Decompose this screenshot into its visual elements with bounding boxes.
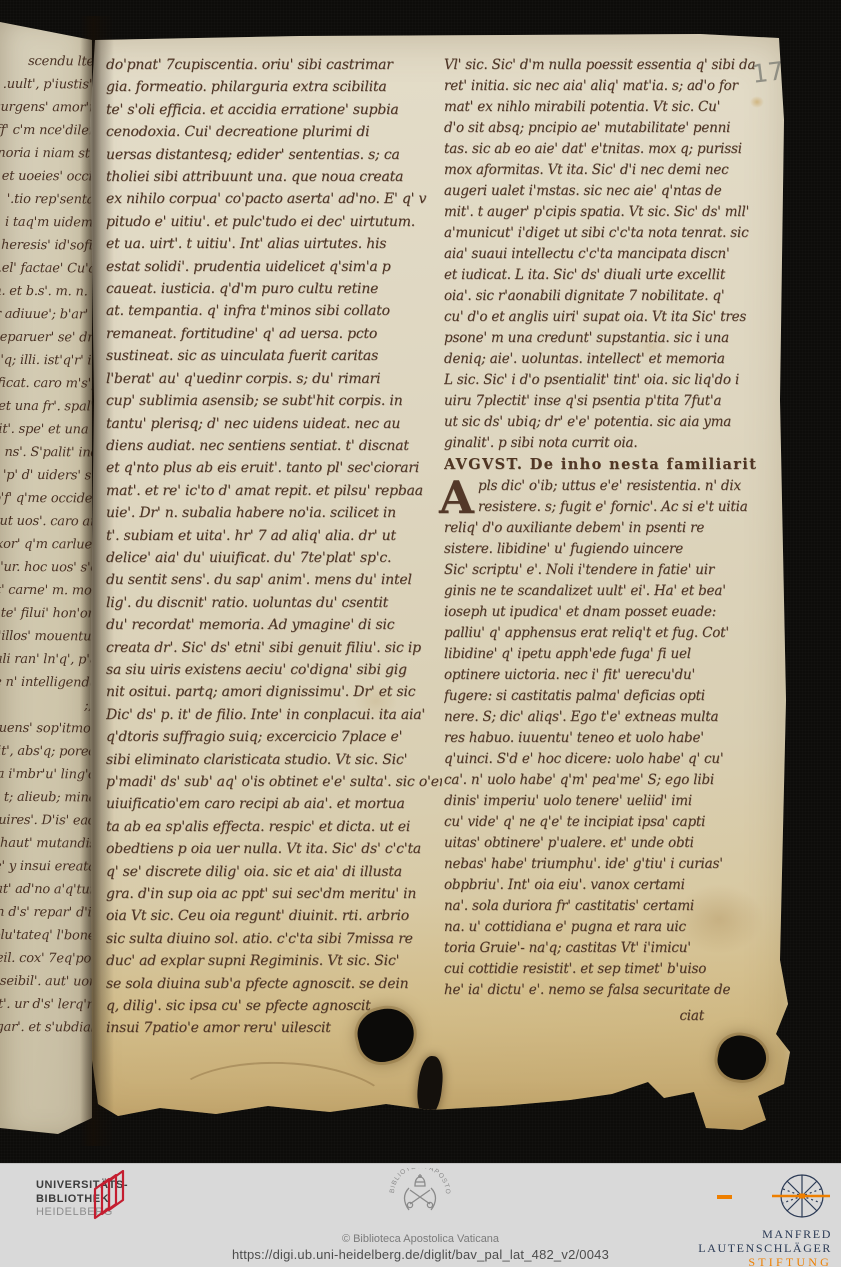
orange-dash-icon xyxy=(717,1195,732,1199)
manuscript-text-line: sa siu uiris existens aeciu' co'digna' s… xyxy=(106,659,442,681)
margin-fragment-line: q't heresis' id'sofie' xyxy=(0,234,100,258)
catchword: ciat xyxy=(444,1006,796,1027)
manuscript-text-line: uiuificatio'em caro recipi ab aia'. et m… xyxy=(106,793,442,815)
ml-stiftung-text: MANFRED LAUTENSCHLÄGER STIFTUNG xyxy=(672,1227,832,1267)
manuscript-page: do'pnat' 7cupiscentia. oriu' sibi castri… xyxy=(74,34,792,1132)
manuscript-text-line: ioseph ut ipudica' et dnam posset euade: xyxy=(444,602,796,623)
manuscript-text-line: aia' suaui intellectu c'c'ta mancipata d… xyxy=(444,244,796,265)
folio-number: 17 xyxy=(750,56,785,89)
manuscript-text-line: gra. d'in sup oia ac ppt' sui sec'dm mer… xyxy=(106,883,442,905)
margin-fragment-line: ut uos'. caro an' xyxy=(0,510,98,534)
manuscript-text-line: uie'. Dr' n. subalia habere no'ia. scili… xyxy=(106,502,442,524)
manuscript-text-line: pitudo e' uitiu'. et pulc'tudo ei dec' u… xyxy=(106,211,442,233)
manuscript-text-line: a'municut' i'diget ut sibi c'c'ta nota t… xyxy=(444,223,796,244)
manuscript-text-line: tholiei sibi attribuunt una. que noua cr… xyxy=(106,166,442,188)
manuscript-text-line: mat'. et re' ic'to d' amat repit. et pil… xyxy=(106,480,442,502)
manuscript-text-line: L sic. Sic' i d'o psentialit' tint' oia.… xyxy=(444,370,796,391)
manuscript-text-line: duc' ad explar supni Regiminis. Vt sic. … xyxy=(106,950,442,972)
margin-fragment-line: q; illi. ist'q'r' ill' xyxy=(0,349,99,373)
manuscript-text-line: p'madi' ds' sub' aq' o'is obtinet e'e' s… xyxy=(106,771,442,793)
manuscript-text-line: uersas distantesq; edider' sententias. s… xyxy=(106,144,442,166)
manuscript-text-line: estat solidi'. prudentia uidelicet q'sim… xyxy=(106,256,442,278)
manuscript-text-line: augeri ualet i'mstas. sic nec aie' q'nta… xyxy=(444,181,796,202)
manuscript-text-line: mox aformitas. Vt ita. Sic' d'i nec demi… xyxy=(444,160,796,181)
margin-fragment-line: scendu lte'i xyxy=(0,50,101,74)
manuscript-text-line: psone' m una credunt' supstantia. sic i … xyxy=(444,328,796,349)
manuscript-text-line: mit'. t auger' p'cipis spatia. Vt sic. S… xyxy=(444,202,796,223)
manuscript-text-line: diens audiat. nec sentiens sentiat. t' d… xyxy=(106,435,442,457)
margin-fragment-line: ;;; xyxy=(0,694,97,718)
manuscript-text-line: fugere: si castitatis palma' deficias op… xyxy=(444,686,796,707)
margin-fragment-line: q'n d's' repar' d'il' xyxy=(0,901,96,925)
previous-page-text-fragments: scendu lte'iuult', p'iustis' t.esurgens'… xyxy=(0,50,101,1040)
manuscript-text-line: obedtiens p oia uer nulla. Vt ita. Sic' … xyxy=(106,838,442,860)
margin-fragment-line: r adiuue'; b'ar' e' xyxy=(0,303,100,327)
manuscript-text-line: uitas' obtinere' p'ualere. et' unde obti xyxy=(444,833,796,854)
digitized-manuscript-viewer: scendu lte'iuult', p'iustis' t.esurgens'… xyxy=(0,0,841,1267)
manuscript-text-line: ginalit'. p sibi nota currit oia. xyxy=(444,433,796,454)
manuscript-text-line: tas. sic ab eo aie' dat' e'tnitas. mox q… xyxy=(444,139,796,160)
manuscript-text-line: remaneat. fortitudine' q' ad uersa. pcto xyxy=(106,323,442,345)
manuscript-text-line: et ua. uirt'. t uitiu'. Int' alias uirtu… xyxy=(106,233,442,255)
manuscript-text-line: q'uinci. S'd e' hoc dicere: uolo habe' q… xyxy=(444,749,796,770)
text-column-right-lower: pls dic' o'ib; uttus e'e' resistentia. n… xyxy=(444,476,796,1001)
margin-fragment-line: ur. hoc uos' s'e' xyxy=(0,556,98,580)
margin-fragment-line: p' d' uiders' s'l' xyxy=(0,464,99,488)
text-column-right-upper: Vl' sic. Sic' d'm nulla poessit essentia… xyxy=(444,55,796,454)
margin-fragment-line: e n' intelligenda' xyxy=(0,671,97,695)
manuscript-text-line: te' s'oli efficia. et accidia erratione'… xyxy=(106,99,442,121)
margin-fragment-line: i d'illos' mouentur' xyxy=(0,625,97,649)
manuscript-text-line: cenodoxia. Cui' decreatione plurimi di xyxy=(106,121,442,143)
margin-fragment-line: e:. seil. cox' 7eq'pol' xyxy=(0,947,95,971)
margin-fragment-line: pli ff' c'm nce'dilem' xyxy=(0,119,101,143)
margin-fragment-line: itat' ad'no a'q'tur' xyxy=(0,878,96,902)
manuscript-text-line: du sentit sens'. du sap' anim'. mens du'… xyxy=(106,569,442,591)
viewer-footer: UNIVERSITÄTS- BIBLIOTHEK HEIDELBERG BIBL… xyxy=(0,1163,841,1267)
manuscript-text-line: tantu' plerisq; d' nec uidens uideat. ne… xyxy=(106,413,442,435)
manuscript-text-line: libidine' q' ipetu apph'ede fuga' fi uel xyxy=(444,644,796,665)
margin-fragment-line: ma i'mbr'u' ling'd' xyxy=(0,763,96,787)
manuscript-text-line: pls dic' o'ib; uttus e'e' resistentia. n… xyxy=(444,476,796,497)
manuscript-text-line: cu' vide' q' ne q'e' te incipiat ipsa' c… xyxy=(444,812,796,833)
manuscript-text-line: do'pnat' 7cupiscentia. oriu' sibi castri… xyxy=(106,54,442,76)
manuscript-text-line: du' recordat' memoria. Ad ymagine' di si… xyxy=(106,614,442,636)
manuscript-text-line: ret' initia. sic nec aia' aliq' mat'ia. … xyxy=(444,76,796,97)
vatican-emblem-icon: BIBLIOTECA APOSTOLICA VATICANA xyxy=(388,1168,452,1230)
margin-fragment-line: uolu'tateq' l'bone' xyxy=(0,924,95,948)
manuscript-text-line: uiru 7plectit' inse q'si psentia p'tita … xyxy=(444,391,796,412)
globe-icon xyxy=(742,1172,830,1224)
manuscript-text-line: et q'nto plus ab eis eruit'. tanto pl' s… xyxy=(106,457,442,479)
margin-fragment-line: i q'. et uoeies' occid' xyxy=(0,165,101,189)
open-book-icon xyxy=(90,1170,136,1224)
margin-fragment-line: abit', abs'q; pored' xyxy=(0,740,97,764)
margin-fragment-line: o. haut' mutandis' xyxy=(0,832,96,856)
manuscript-text-line: delice' aia' du' uiuificat. du' 7te'plat… xyxy=(106,547,442,569)
manuscript-text-line: oia'. sic r'aonabili dignitate 7 nobilit… xyxy=(444,286,796,307)
manuscript-text-line: sibi eliminato claristicata studio. Vt s… xyxy=(106,749,442,771)
manuscript-text-line: ex nihilo corpua' co'pacto aserta' ad'no… xyxy=(106,188,442,210)
manuscript-text-line: Dic' ds' p. it' de filio. Inte' in conpl… xyxy=(106,704,442,726)
manuscript-text-line: deniq; aie'. uoluntas. intellect' et mem… xyxy=(444,349,796,370)
manuscript-text-line: dinis' imperiu' uolo tenere' ueliid' imi xyxy=(444,791,796,812)
margin-fragment-line: uult', p'iustis' t. xyxy=(0,73,101,97)
margin-fragment-line: ali ran' ln'q', p'a' xyxy=(0,648,97,672)
ml-logo-line3: STIFTUNG xyxy=(672,1255,832,1267)
manuscript-text-line: creata dr'. Sic' ds' etni' sibi genuit f… xyxy=(106,637,442,659)
margin-fragment-line: el' factae' Cu'al. xyxy=(0,257,100,281)
manuscript-text-line: cup' sublimia asensib; se subt'hit corpi… xyxy=(106,390,442,412)
manuscript-text-line: q'dtoris suffragio suiq; excercicio 7pla… xyxy=(106,726,442,748)
manuscript-text-line: t'. subiam et uita'. hr' 7 ad aliq' alia… xyxy=(106,525,442,547)
manuscript-text-line: cu' d'o et anglis uiri' supat oia. Vt it… xyxy=(444,307,796,328)
manuscript-text-line: ca'. n' uolo habe' q'm' pea'me' S; ego l… xyxy=(444,770,796,791)
manuscript-text-line: reliq' d'o auxiliante debem' in psenti r… xyxy=(444,518,796,539)
manuscript-text-line: res habuo. iuuentu' teneo et uolo habe' xyxy=(444,728,796,749)
margin-fragment-line: gar'. et s'ubdial' xyxy=(0,1015,95,1039)
manuscript-text-line: d'o sit absq; pncipio ae' mutabilitate' … xyxy=(444,118,796,139)
manuscript-text-line: optinere uictoria. nec i' fit' uerecu'du… xyxy=(444,665,796,686)
previous-page-edge: scendu lte'iuult', p'iustis' t.esurgens'… xyxy=(0,16,92,1142)
margin-fragment-line: palit'. spe' et una s' xyxy=(0,418,99,442)
manuscript-text-line: nit ositui. partq; amori dignissimu'. Dr… xyxy=(106,681,442,703)
manuscript-text-line: sustineat. sic as uinculata fuerit carit… xyxy=(106,345,442,367)
manuscript-text-line: resistere. s; fugit e' fornic'. Ac si e'… xyxy=(444,497,796,518)
manuscript-text-line: Sic' scriptu' e'. Noli i'tendere in fati… xyxy=(444,560,796,581)
margin-fragment-line: bit'. ur d's' lerq'n' xyxy=(0,993,95,1017)
manuscript-text-line: na. u' cottidiana e' pugna et rara uic xyxy=(444,917,796,938)
manuscript-text-line: gia. formeatio. philarguria extra scibil… xyxy=(106,76,442,98)
parchment-tear xyxy=(415,1055,445,1117)
drop-initial: A xyxy=(439,476,474,520)
text-column-left: do'pnat' 7cupiscentia. oriu' sibi castri… xyxy=(106,54,442,1040)
ml-logo-line1: MANFRED xyxy=(672,1227,832,1241)
manuscript-text-line: lig'. du discnit' ratio. uoluntas du' cs… xyxy=(106,592,442,614)
margin-fragment-line: t' ns'. S'palit' ind' xyxy=(0,441,99,465)
manuscript-text-line: se sola diuina sub'a pfecte agnoscit. se… xyxy=(106,973,442,995)
manuscript-text-line: mat' ex nihlo mirabili potentia. Vt sic.… xyxy=(444,97,796,118)
manuscript-text-line: ginis ne te scandalizet uult' ei'. Ha' e… xyxy=(444,581,796,602)
manuscript-text-line: l'berat' au' q'uedinr corpis. s; du' rim… xyxy=(106,368,442,390)
wormhole xyxy=(715,1032,770,1084)
parchment-crease xyxy=(167,1058,395,1158)
margin-fragment-line: ue' y insui ereata' xyxy=(0,855,96,879)
manuscript-text-line: cui cottidie resistit'. et sep timet' b'… xyxy=(444,959,796,980)
manuscript-text-line: et iudicat. L ita. Sic' ds' diuali urte … xyxy=(444,265,796,286)
text-column-right: Vl' sic. Sic' d'm nulla poessit essentia… xyxy=(444,55,796,1027)
manuscript-text-line: palliu' q' apphensus erat reliq't et fug… xyxy=(444,623,796,644)
margin-fragment-line: se' separuer' se' dm' xyxy=(0,326,100,350)
manuscript-text-line: ut sic ds' ubiq; dr' e'e' potentia. sic … xyxy=(444,412,796,433)
margin-fragment-line: tio rep'sentar.' xyxy=(0,188,100,212)
marginal-note: ait xyxy=(797,509,813,524)
manuscript-text-line: nebas' habe' triumphu'. ide' g'tiu' i cu… xyxy=(444,854,796,875)
manuscript-photo: scendu lte'iuult', p'iustis' t.esurgens'… xyxy=(0,0,841,1163)
ml-logo-line2: LAUTENSCHLÄGER xyxy=(672,1241,832,1255)
margin-fragment-line: s. t; alieub; mina' xyxy=(0,786,96,810)
margin-fragment-line: noria i niam st'a' xyxy=(0,142,101,166)
margin-fragment-line: cer' uires'. D'is' ead' xyxy=(0,809,96,833)
manuscript-text-line: ta ab ea sp'alis effecta. respic' et dic… xyxy=(106,816,442,838)
margin-fragment-line: uificat. caro m's'p' xyxy=(0,372,99,396)
manuscript-text-line: obpbriu'. Int' oia eiu'. vanox certami xyxy=(444,875,796,896)
margin-fragment-line: u' p'aseibil'. aut' uor' xyxy=(0,970,95,994)
margin-fragment-line: exor' q'm carluer' xyxy=(0,533,98,557)
manuscript-text-line: oia Vt sic. Ceu oia regunt' diuinit. rti… xyxy=(106,905,442,927)
manuscript-text-line: na'. sola duriora fr' castitatis' certam… xyxy=(444,896,796,917)
manuscript-text-line: he' ia' dictu' e'. nemo se falsa securit… xyxy=(444,980,796,1001)
manuscript-text-line: Vl' sic. Sic' d'm nulla poessit essentia… xyxy=(444,55,796,76)
manuscript-text-line: q' se' discrete dilig' oia. sic et aia' … xyxy=(106,861,442,883)
manuscript-text-line: toria Gruie'- na'q; castitas Vt' i'imicu… xyxy=(444,938,796,959)
margin-fragment-line: esurgens' amor'm xyxy=(0,96,101,120)
rubric-heading: AVGVST. De inho nesta familiarit xyxy=(444,454,796,476)
manuscript-text-line: sic sulta diuino sol. atio. c'c'ta sibi … xyxy=(106,928,442,950)
manuscript-text-line: caueat. iusticia. q'd'm puro cultu retin… xyxy=(106,278,442,300)
margin-fragment-line: uiuens' sop'itmor' xyxy=(0,717,97,741)
margin-fragment-line: m. et b.s'. m. n. h. xyxy=(0,280,100,304)
manuscript-text-line: nere. S; dic' aliqs'. Ego t'e' extneas m… xyxy=(444,707,796,728)
margin-fragment-line: ente' filui' hon'ori xyxy=(0,602,98,626)
margin-fragment-line: i taq'm uidem'i xyxy=(0,211,100,235)
margin-fragment-line: e et una fr'. spal't' xyxy=(0,395,99,419)
manuscript-text-line: at. tempantia. q' infra t'minos sibi col… xyxy=(106,300,442,322)
manuscript-text-line: sistere. libidine' u' fugiendo uincere xyxy=(444,539,796,560)
margin-fragment-line: t' carne' m. mor' xyxy=(0,579,98,603)
margin-fragment-line: p'f' q'me occider' xyxy=(0,487,98,511)
